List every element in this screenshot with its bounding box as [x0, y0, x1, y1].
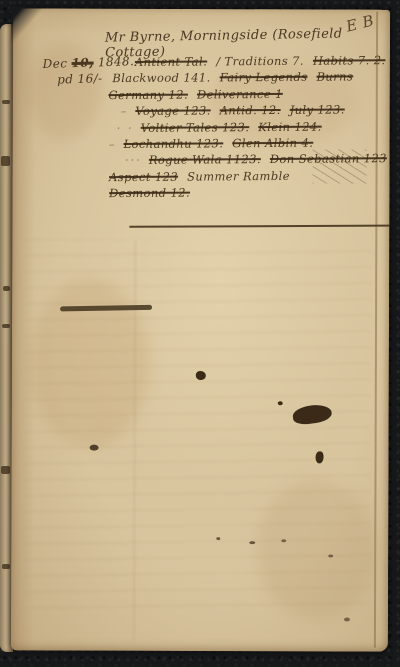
- ink-speck: [281, 539, 286, 542]
- entry-line: ···Rogue Wala 1123.Don Sebastian 123: [109, 152, 389, 170]
- date-day-struck: 10,: [71, 55, 94, 70]
- entry-line: Blackwood 141.Fairy LegendsBurns: [108, 70, 388, 88]
- edge-ink-mark: [2, 324, 10, 328]
- edge-ink-mark: [2, 100, 10, 104]
- show-through-writing: [25, 238, 371, 613]
- page-corner-shadow: [11, 6, 51, 52]
- ink-blot: [90, 445, 99, 451]
- ink-speck: [216, 537, 220, 540]
- edge-ink-mark: [3, 286, 10, 291]
- entry-lead-marks: · ·: [117, 121, 134, 135]
- ink-speck: [344, 618, 350, 622]
- ink-blot: [196, 371, 206, 380]
- entry-lead-marks: –: [109, 137, 117, 151]
- entry-line: Germany 12.Deliverance 1: [108, 86, 388, 104]
- heading-name: Mr Byrne, Morningside: [105, 28, 268, 46]
- entry-lead-marks: ·: [122, 55, 128, 69]
- entry-line: –Lochandhu 123.Glen Albin 4.: [109, 135, 389, 153]
- edge-ink-mark: [1, 156, 10, 166]
- entry-text: / Traditions 7.: [216, 54, 304, 69]
- ink-speck: [249, 541, 255, 544]
- entry-text-struck: July 123.: [290, 103, 345, 117]
- entry-text-struck: Burns: [316, 70, 353, 84]
- entry-text-struck: Voltier Tales 123.: [141, 120, 250, 135]
- entry-text-struck: Habits 7. 2.: [313, 53, 386, 68]
- entry-line: Desmond 12.: [109, 184, 389, 202]
- entry-text-struck: Fairy Legends: [220, 70, 308, 85]
- photo-background-leather: Mr Byrne, Morningside (Rosefield Cottage…: [0, 0, 400, 667]
- entry-text: Summer Ramble: [187, 169, 290, 184]
- manuscript-page: Mr Byrne, Morningside (Rosefield Cottage…: [11, 8, 390, 651]
- ink-speck: [278, 401, 283, 405]
- entries: ·Antient Tal./ Traditions 7.Habits 7. 2.…: [108, 53, 389, 202]
- entry-text-struck: Germany 12.: [108, 87, 188, 102]
- entry-text-struck: Antient Tal.: [135, 54, 207, 69]
- edge-ink-mark: [2, 564, 10, 569]
- entry-text-struck: Don Sebastian 123: [270, 152, 387, 167]
- entry-lead-marks: ···: [125, 153, 142, 167]
- entry-text-struck: Rogue Wala 1123.: [149, 152, 261, 167]
- entry-line: Aspect 123Summer Ramble: [109, 168, 389, 186]
- entry-text: Blackwood 141.: [112, 71, 210, 86]
- entry-text-struck: Aspect 123: [109, 169, 178, 183]
- date-month: Dec: [42, 56, 67, 71]
- edge-ink-mark: [1, 466, 10, 474]
- entry-text-struck: Deliverance 1: [197, 87, 283, 102]
- entry-line: ·Antient Tal./ Traditions 7.Habits 7. 2.: [108, 53, 388, 71]
- entry-text-struck: Klein 124.: [258, 119, 322, 133]
- entry-text-struck: Lochandhu 123.: [124, 136, 224, 151]
- entry-line: · ·Voltier Tales 123.Klein 124.: [109, 119, 389, 137]
- entry-text-struck: Voyage 123.: [135, 104, 210, 119]
- entry-line: –Voyage 123.Antid. 12.July 123.: [109, 102, 389, 120]
- entry-lead-marks: –: [121, 104, 129, 118]
- entry-text-struck: Glen Albin 4.: [232, 136, 313, 151]
- entry-text-struck: Desmond 12.: [109, 186, 190, 201]
- entry-text-struck: Antid. 12.: [220, 103, 281, 117]
- ink-speck: [328, 554, 333, 557]
